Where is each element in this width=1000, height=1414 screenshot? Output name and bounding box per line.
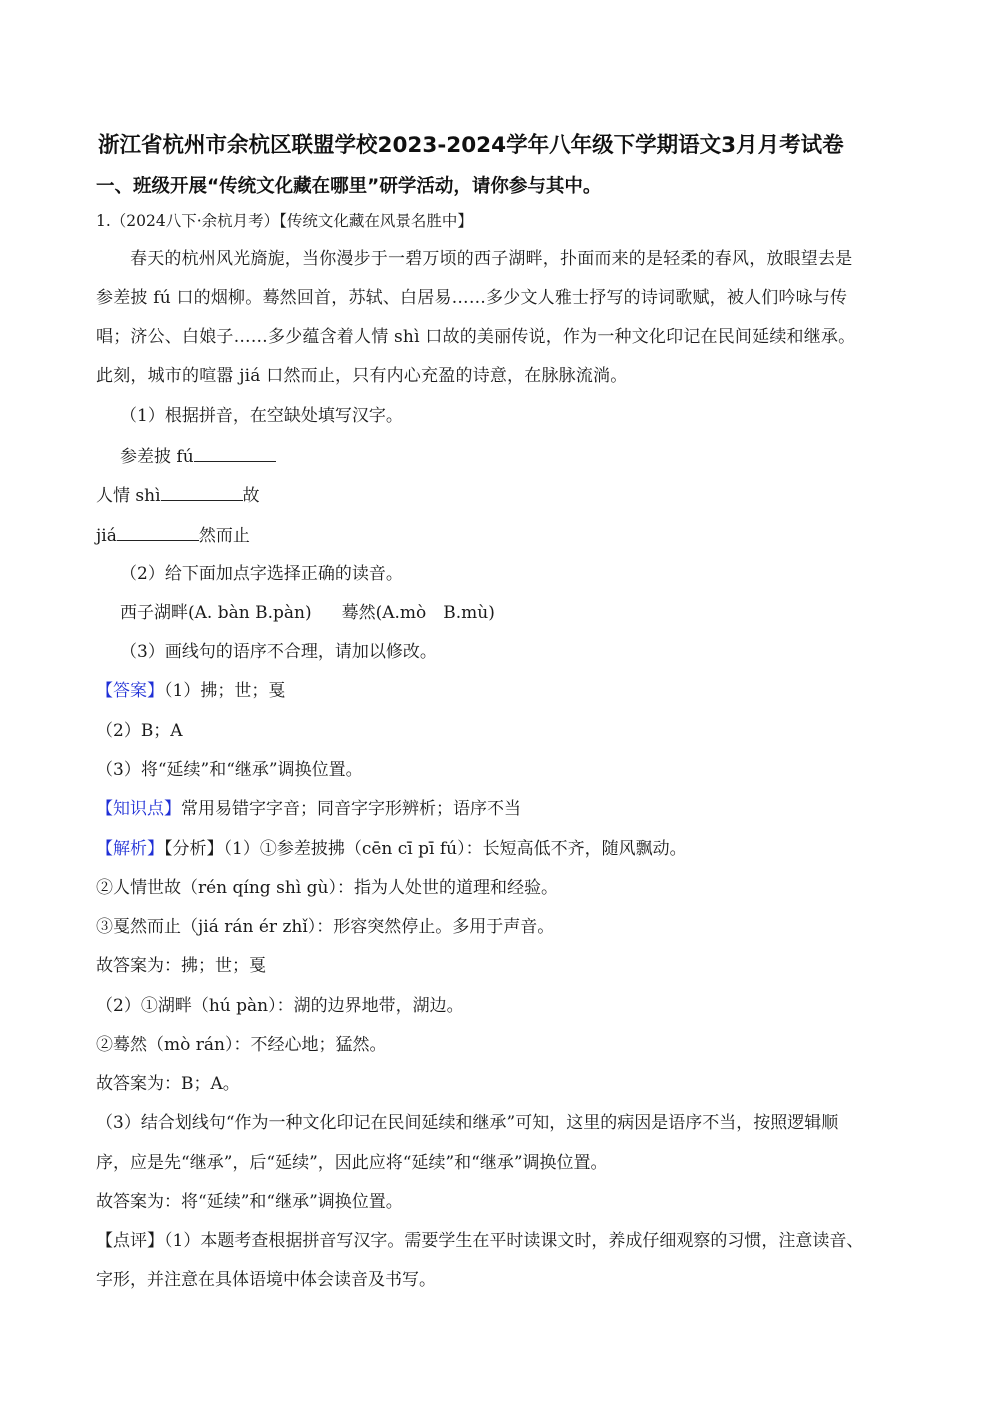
blank-3-suffix: 然而止 <box>199 526 250 546</box>
section-heading: 一、班级开展“传统文化藏在哪里”研学活动，请你参与其中。 <box>96 175 601 199</box>
comment-line-1: 【点评】（1）本题考查根据拼音写汉字。需要学生在平时读课文时，养成仔细观察的习惯… <box>96 1229 863 1253</box>
analysis-line-3: ③戛然而止（jiá rán ér zhǐ）：形容突然停止。多用于声音。 <box>96 915 554 939</box>
analysis-line-2: ②人情世故（rén qíng shì gù）：指为人处世的道理和经验。 <box>96 876 558 900</box>
knowledge-label: 【知识点】 <box>96 799 181 819</box>
blank-2-prefix: 人情 shì <box>96 486 161 506</box>
options-hupan: 西子湖畔(A. bàn B.pàn) <box>120 603 312 623</box>
exam-page: 浙江省杭州市余杭区联盟学校2023-2024学年八年级下学期语文3月月考试卷 一… <box>0 0 1000 1414</box>
knowledge-text: 常用易错字字音；同音字字形辨析；语序不当 <box>181 799 521 819</box>
question-header: 1.（2024八下·余杭月考）【传统文化藏在风景名胜中】 <box>96 209 473 233</box>
answer-line-3: （3）将“延续”和“继承”调换位置。 <box>96 758 363 782</box>
passage-line-4: 此刻，城市的喧嚣 jiá 口然而止，只有内心充盈的诗意，在脉脉流淌。 <box>96 364 627 388</box>
knowledge-points: 【知识点】常用易错字字音；同音字字形辨析；语序不当 <box>96 797 521 821</box>
passage-line-2: 参差披 fú 口的烟柳。蓦然回首，苏轼、白居易……多少文人雅士抒写的诗词歌赋，被… <box>96 286 847 310</box>
analysis-text-1: 【分析】（1）①参差披拂（cēn cī pī fú）：长短高低不齐，随风飘动。 <box>164 839 687 859</box>
blank-2-suffix: 故 <box>243 486 260 506</box>
blank-1-prefix: 参差披 fú <box>120 447 194 467</box>
sub-question-1: （1）根据拼音，在空缺处填写汉字。 <box>120 404 403 428</box>
analysis-line-1: 【解析】【分析】（1）①参差披拂（cēn cī pī fú）：长短高低不齐，随风… <box>96 837 687 861</box>
blank-1-input[interactable] <box>194 443 276 462</box>
answer-label: 【答案】 <box>96 681 164 701</box>
sub-question-2: （2）给下面加点字选择正确的读音。 <box>120 562 403 586</box>
sub-question-3: （3）画线句的语序不合理，请加以修改。 <box>120 640 437 664</box>
blank-item-2: 人情 shì故 <box>96 482 260 508</box>
question-source: （2024八下·余杭月考） <box>111 212 279 230</box>
comment-line-2: 字形，并注意在具体语境中体会读音及书写。 <box>96 1268 436 1292</box>
analysis-line-6: ②蓦然（mò rán）：不经心地；猛然。 <box>96 1033 386 1057</box>
question-topic: 【传统文化藏在风景名胜中】 <box>279 212 473 230</box>
analysis-line-9: 序，应是先“继承”，后“延续”，因此应将“延续”和“继承”调换位置。 <box>96 1151 608 1175</box>
analysis-line-7: 故答案为：B；A。 <box>96 1072 240 1096</box>
blank-3-prefix: jiá <box>96 526 117 546</box>
analysis-label: 【解析】 <box>96 839 164 859</box>
blank-item-1: 参差披 fú <box>120 443 276 469</box>
analysis-line-10: 故答案为：将“延续”和“继承”调换位置。 <box>96 1190 403 1214</box>
answer-text-1: （1）拂；世；戛 <box>164 681 285 701</box>
pronunciation-options: 西子湖畔(A. bàn B.pàn)蓦然(A.mò B.mù) <box>120 601 495 625</box>
analysis-line-5: （2）①湖畔（hú pàn）：湖的边界地带，湖边。 <box>96 994 464 1018</box>
document-title: 浙江省杭州市余杭区联盟学校2023-2024学年八年级下学期语文3月月考试卷 <box>98 134 844 158</box>
answer-line-2: （2）B；A <box>96 719 183 743</box>
analysis-line-4: 故答案为：拂；世；戛 <box>96 954 266 978</box>
question-number: 1. <box>96 212 111 230</box>
blank-3-input[interactable] <box>117 522 199 541</box>
passage-line-3: 唱；济公、白娘子……多少蕴含着人情 shì 口故的美丽传说，作为一种文化印记在民… <box>96 325 855 349</box>
passage-line-1: 春天的杭州风光旖旎，当你漫步于一碧万顷的西子湖畔，扑面而来的是轻柔的春风，放眼望… <box>130 247 852 271</box>
answer-line-1: 【答案】（1）拂；世；戛 <box>96 679 285 703</box>
options-moran: 蓦然(A.mò B.mù) <box>342 603 495 623</box>
blank-item-3: jiá然而止 <box>96 522 250 548</box>
blank-2-input[interactable] <box>161 482 243 501</box>
analysis-line-8: （3）结合划线句“作为一种文化印记在民间延续和继承”可知，这里的病因是语序不当，… <box>96 1111 838 1135</box>
